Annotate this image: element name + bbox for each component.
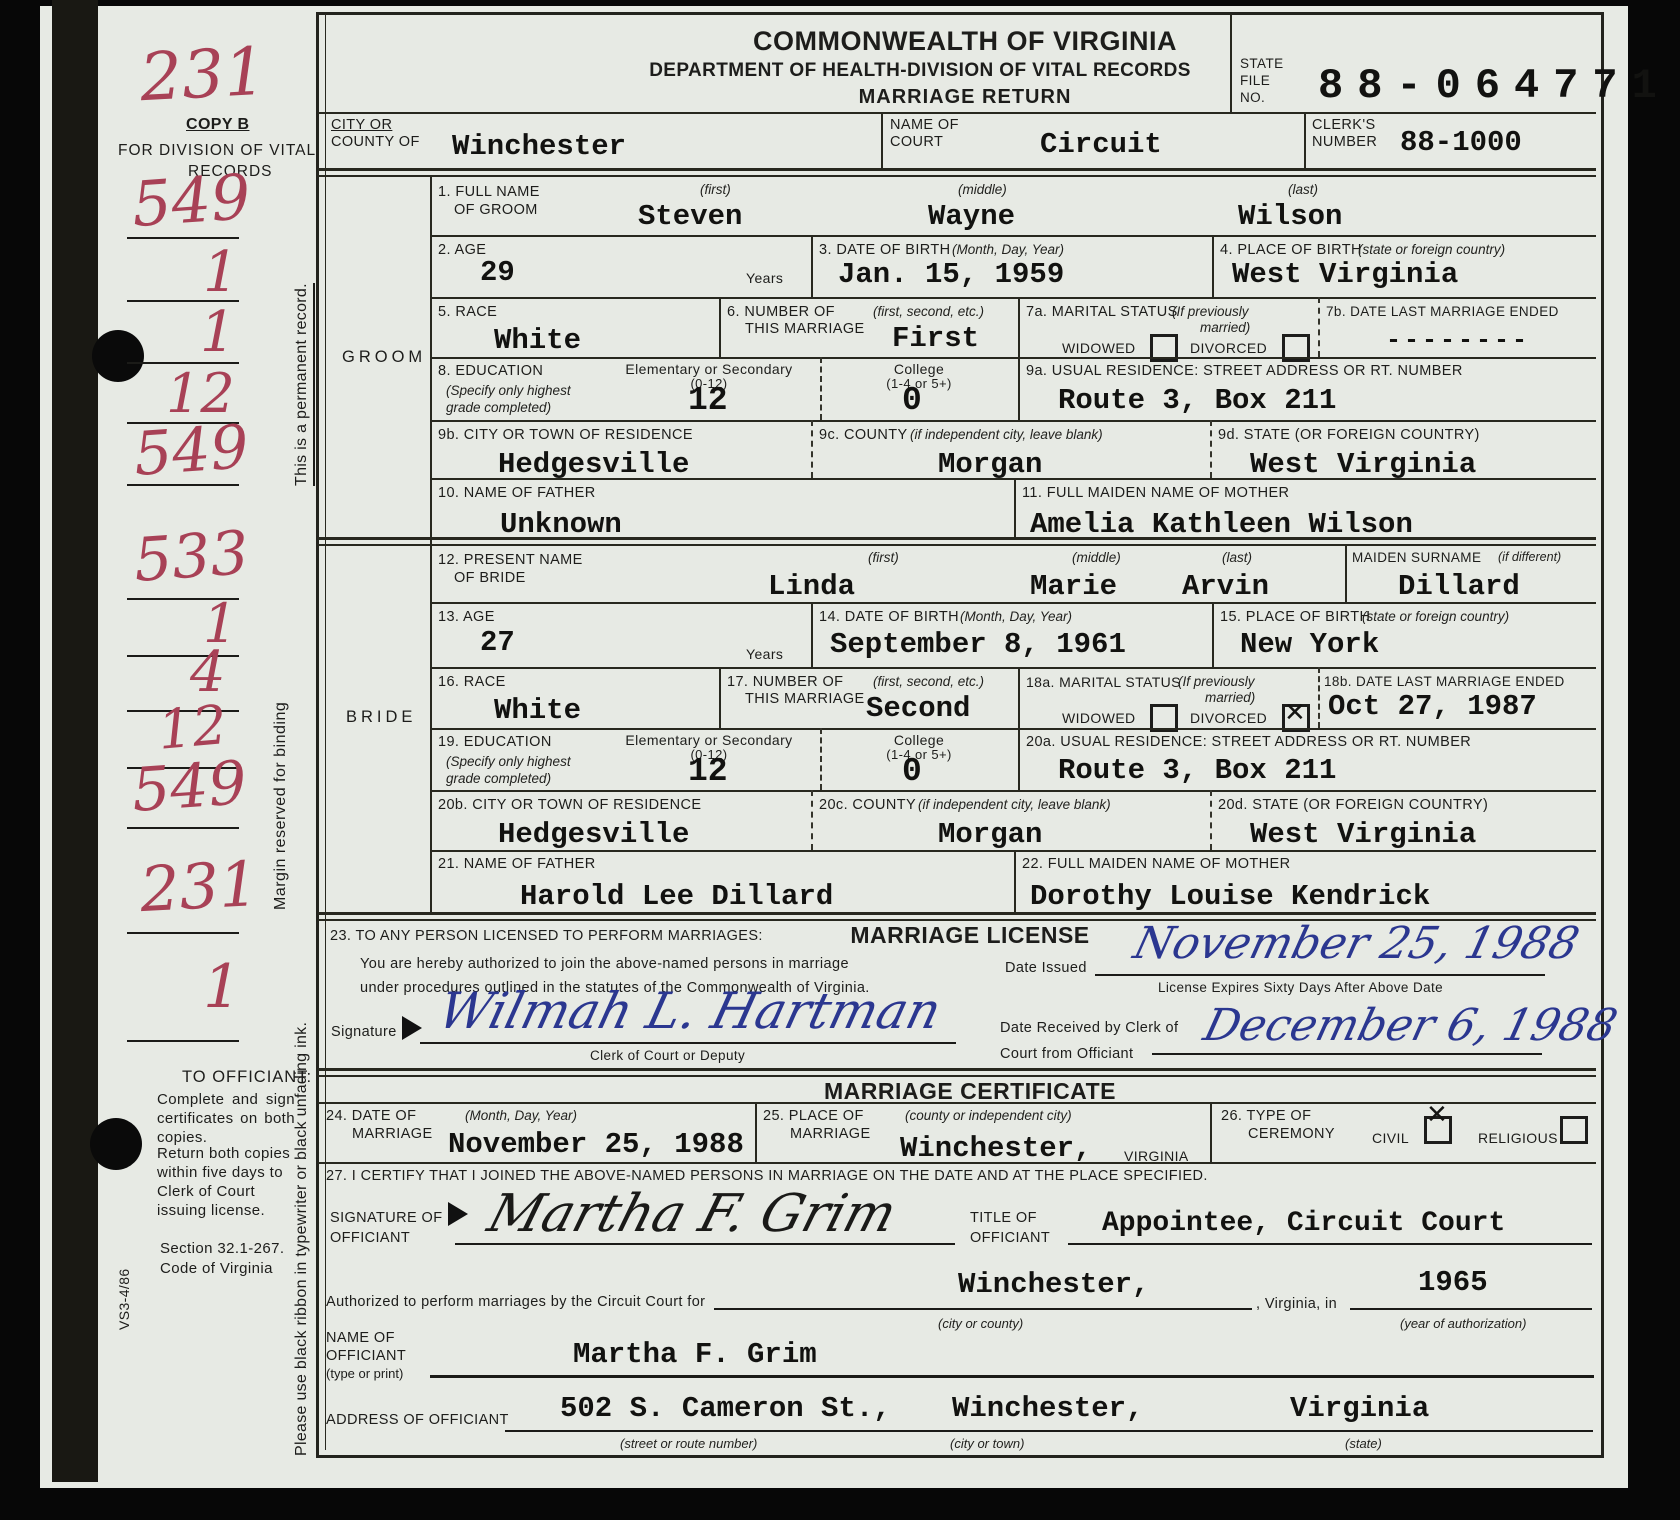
double-rule [318,912,1596,915]
court-label-1: NAME OF [890,117,959,133]
authorized-place-value: Winchester, [958,1268,1149,1301]
double-rule [318,1075,1596,1077]
bride-maiden-surname: Dillard [1398,570,1520,603]
divider [1014,850,1016,912]
groom-age: 29 [480,256,515,289]
divider [1212,602,1214,667]
groom-county: Morgan [938,448,1042,481]
field-label: 24. DATE OF [326,1108,416,1124]
line [318,1102,1596,1104]
field-hint: (Specify only highest [446,383,571,398]
certify-statement: 27. I CERTIFY THAT I JOINED THE ABOVE-NA… [326,1168,1208,1184]
date-received-label-1: Date Received by Clerk of [1000,1020,1178,1036]
bride-residence: Route 3, Box 211 [1058,754,1336,787]
line [430,667,1596,669]
religious-checkbox [1560,1116,1588,1144]
divider-dashed [811,790,813,850]
divider [1018,728,1020,790]
field-label: 9d. STATE (OR FOREIGN COUNTRY) [1218,427,1480,443]
state-sub: (state) [1345,1436,1382,1451]
divorced-check-mark: ✕ [1284,698,1306,728]
field-label: 6. NUMBER OF [727,304,835,320]
title-officiant-label-1: TITLE OF [970,1210,1037,1226]
field-label: 9a. USUAL RESIDENCE: STREET ADDRESS OR R… [1026,363,1463,379]
address-state-value: Virginia [1290,1392,1429,1425]
field-hint: grade completed) [446,771,551,786]
field-label: 21. NAME OF FATHER [438,856,596,872]
margin-red-number: 1 [200,300,236,365]
name-officiant-value: Martha F. Grim [573,1338,817,1371]
year-of-authorization-sub: (year of authorization) [1400,1316,1526,1331]
line [430,850,1596,852]
line [430,478,1596,480]
margin-red-number: 549 [132,412,251,490]
form-number: VS3-4/86 [116,1268,132,1330]
field-hint: (county or independent city) [905,1108,1072,1123]
margin-line [127,1040,239,1042]
margin-line [127,827,239,829]
field-label: 22. FULL MAIDEN NAME OF MOTHER [1022,856,1290,872]
field-label: 8. EDUCATION [438,363,543,379]
divider [811,235,813,297]
elem-label: Elementary or Secondary [600,361,818,377]
scanned-marriage-return: 231 COPY B FOR DIVISION OF VITAL RECORDS… [0,0,1680,1520]
signature-label: Signature [331,1024,397,1040]
groom-race: White [494,324,581,357]
divider [1304,112,1306,168]
civil-check-mark: ✕ [1426,1100,1448,1130]
margin-line [127,237,239,239]
address-street-value: 502 S. Cameron St., [560,1392,891,1425]
permanent-record-note: This is a permanent record. [293,283,315,486]
bride-first-name: Linda [768,570,855,603]
divider [1018,667,1020,728]
field-label: 9c. COUNTY [819,427,908,443]
written-line [1068,1243,1592,1245]
field-label: 18a. MARITAL STATUS [1026,674,1181,690]
double-rule [318,168,1596,171]
form-title: COMMONWEALTH OF VIRGINIA [730,26,1200,57]
written-line [420,1042,956,1044]
binding-margin-note: Margin reserved for binding [272,702,290,910]
date-issued-handwritten: November 25, 1988 [1129,918,1584,969]
address-city-value: Winchester, [952,1392,1143,1425]
field-label: 15. PLACE OF BIRTH [1220,609,1370,625]
groom-city: Hedgesville [498,448,689,481]
margin-red-number: 231 [138,33,268,116]
city-sub: (city or town) [950,1436,1024,1451]
name-officiant-label-3: (type or print) [326,1366,403,1381]
place-of-marriage: Winchester, [900,1132,1091,1165]
divider [1210,1102,1212,1162]
field-label: OF GROOM [454,202,538,218]
street-sub: (street or route number) [620,1436,757,1451]
first-hint: (first) [868,550,899,565]
written-line [455,1243,955,1245]
bride-last-marriage-ended: Oct 27, 1987 [1328,690,1537,723]
field-label: 25. PLACE OF [763,1108,864,1124]
field-label: MARRIAGE [790,1126,871,1142]
double-rule [318,544,1596,546]
date-issued-label: Date Issued [1005,960,1087,976]
divider-dashed [811,420,813,478]
bride-age: 27 [480,626,515,659]
groom-residence: Route 3, Box 211 [1058,384,1336,417]
double-rule [318,537,1596,540]
margin-red-number: 549 [130,160,253,241]
field-hint: (Specify only highest [446,754,571,769]
middle-hint: (middle) [1072,550,1121,565]
field-hint: (if independent city, leave blank) [910,427,1103,442]
college-label: College [822,732,1016,748]
license-body-1: You are hereby authorized to join the ab… [360,956,849,972]
field-label: 26. TYPE OF [1221,1108,1311,1124]
written-line [1152,1053,1542,1055]
license-heading: MARRIAGE LICENSE [770,922,1170,949]
margin-red-number: 1 [203,240,239,305]
court-label-2: COURT [890,134,943,150]
line [318,112,1596,114]
bride-middle-name: Marie [1030,570,1117,603]
field-label: 17. NUMBER OF [727,674,843,690]
form-dept: DEPARTMENT OF HEALTH-DIVISION OF VITAL R… [620,60,1220,82]
margin-line [127,484,239,486]
written-line [1095,974,1545,976]
field-hint: married) [1205,690,1255,705]
city-or-label: CITY OR [331,117,392,133]
date-of-marriage: November 25, 1988 [448,1128,744,1161]
field-hint: (first, second, etc.) [873,304,984,319]
maiden-surname-hint: (if different) [1498,550,1561,564]
divider [1230,14,1232,114]
field-hint: (state or foreign country) [1358,242,1505,257]
date-received-label-2: Court from Officiant [1000,1046,1133,1062]
religious-label: RELIGIOUS [1478,1130,1558,1146]
authorized-mid-label: , Virginia, in [1256,1296,1337,1312]
groom-dob: Jan. 15, 1959 [838,258,1064,291]
groom-college-value: 0 [902,382,922,419]
clerk-number-value: 88-1000 [1400,126,1522,159]
middle-hint: (middle) [958,182,1007,197]
civil-label: CIVIL [1372,1130,1409,1146]
state-file-label-2: FILE [1240,73,1270,88]
bride-county: Morgan [938,818,1042,851]
field-label: 16. RACE [438,674,506,690]
divider [719,297,721,357]
field-label: CEREMONY [1248,1126,1335,1142]
line [430,297,1596,299]
divider [881,112,883,168]
field-hint: (state or foreign country) [1362,609,1509,624]
bride-race: White [494,694,581,727]
title-officiant-value: Appointee, Circuit Court [1102,1208,1505,1239]
field-label: 7a. MARITAL STATUS [1026,304,1178,320]
field-hint: (Month, Day, Year) [952,242,1064,257]
license-authorization-label: 23. TO ANY PERSON LICENSED TO PERFORM MA… [330,928,763,944]
written-line [714,1308,1252,1310]
line [318,1162,1596,1164]
divider [811,602,813,667]
divorced-label: DIVORCED [1190,340,1267,356]
state-file-number: 88-064771 [1318,62,1671,110]
line [430,235,1596,237]
field-label: OF BRIDE [454,570,526,586]
groom-section-label: GROOM [342,348,426,367]
field-hint: married) [1200,320,1250,335]
authorized-year-value: 1965 [1418,1266,1488,1299]
groom-pob: West Virginia [1232,258,1458,291]
widowed-label: WIDOWED [1062,340,1136,356]
title-officiant-label-2: OFFICIANT [970,1230,1050,1246]
bride-mother: Dorothy Louise Kendrick [1030,880,1430,913]
bride-father: Harold Lee Dillard [520,880,833,913]
field-hint: (Month, Day, Year) [465,1108,577,1123]
heavy-line [430,1375,1594,1378]
code-ref: Code of Virginia [160,1260,273,1277]
date-received-handwritten: December 6, 1988 [1199,1000,1623,1051]
county-of-label: COUNTY OF [331,134,420,150]
field-label: 20a. USUAL RESIDENCE: STREET ADDRESS OR … [1026,734,1471,750]
state-file-label-3: NO. [1240,90,1265,105]
field-hint: (Month, Day, Year) [960,609,1072,624]
field-label: MARRIAGE [352,1126,433,1142]
last-hint: (last) [1222,550,1252,565]
field-label: 10. NAME OF FATHER [438,485,596,501]
form-border-inner [325,14,326,1450]
groom-marriage-number: First [892,322,979,355]
bride-dob: September 8, 1961 [830,628,1126,661]
field-hint: (if independent city, leave blank) [918,797,1111,812]
double-rule [318,1068,1596,1071]
line [430,728,1596,730]
field-label: 14. DATE OF BIRTH [819,609,959,625]
address-officiant-label: ADDRESS OF OFFICIANT [326,1412,509,1428]
hole-punch-top [92,330,144,382]
field-label: 1. FULL NAME [438,184,540,200]
double-rule [318,175,1596,177]
signature-arrow-icon [448,1202,468,1226]
clerk-label-2: NUMBER [1312,134,1377,150]
field-label: THIS MARRIAGE [745,321,865,337]
college-label: College [822,361,1016,377]
state-file-label-1: STATE [1240,56,1284,71]
written-line [505,1430,1593,1432]
field-label: 9b. CITY OR TOWN OF RESIDENCE [438,427,693,443]
field-hint: (If previously [1172,304,1249,319]
groom-first-name: Steven [638,200,742,233]
groom-state: West Virginia [1250,448,1476,481]
clerk-label-1: CLERK'S [1312,117,1376,133]
field-label: 18b. DATE LAST MARRIAGE ENDED [1324,674,1565,689]
years-label: Years [746,646,783,662]
field-label: 20b. CITY OR TOWN OF RESIDENCE [438,797,701,813]
field-hint: (first, second, etc.) [873,674,984,689]
field-label: 13. AGE [438,609,495,625]
bride-section-label: BRIDE [346,708,416,727]
groom-last-marriage-ended: -------- [1386,326,1530,355]
field-label: 19. EDUCATION [438,734,552,750]
authorized-label: Authorized to perform marriages by the C… [326,1294,705,1310]
bride-state: West Virginia [1250,818,1476,851]
bride-college-value: 0 [902,753,922,790]
divider-dashed [1210,790,1212,850]
divider [755,1102,757,1162]
signature-arrow-icon [402,1016,422,1040]
margin-red-number: 1 [203,952,241,1022]
margin-red-number: 549 [130,748,249,826]
divider [1212,235,1214,297]
bride-pob: New York [1240,628,1379,661]
clerk-signature-sub: Clerk of Court or Deputy [590,1048,745,1063]
clerk-signature-handwritten: Wilmah L. Hartman [433,982,947,1040]
name-officiant-label-2: OFFICIANT [326,1348,406,1364]
copy-for-line1: FOR DIVISION OF VITAL [118,142,316,160]
sig-officiant-label-1: SIGNATURE OF [330,1210,442,1226]
line [430,420,1596,422]
field-label: THIS MARRIAGE [745,691,865,707]
ribbon-note: Please use black ribbon in typewriter or… [293,1022,311,1456]
widowed-label: WIDOWED [1062,710,1136,726]
officiant-signature-handwritten: Martha F. Grim [481,1184,903,1244]
margin-red-number: 231 [138,847,260,926]
bride-city: Hedgesville [498,818,689,851]
sig-officiant-label-2: OFFICIANT [330,1230,410,1246]
margin-red-number: 533 [132,518,251,596]
line [430,357,1596,359]
divider [719,667,721,728]
field-hint: (If previously [1178,674,1255,689]
groom-last-name: Wilson [1238,200,1342,233]
hole-punch-bottom [90,1118,142,1170]
last-hint: (last) [1288,182,1318,197]
divider [1345,544,1347,602]
divorced-label: DIVORCED [1190,710,1267,726]
divider [1014,478,1016,537]
field-label: 20d. STATE (OR FOREIGN COUNTRY) [1218,797,1488,813]
divider-dashed [1210,420,1212,478]
field-hint: grade completed) [446,400,551,415]
field-label: 12. PRESENT NAME [438,552,583,568]
court-value: Circuit [1040,128,1162,161]
field-label: 3. DATE OF BIRTH [819,242,951,258]
line [430,602,1596,604]
field-label: 5. RACE [438,304,497,320]
code-section-ref: Section 32.1-267. [160,1240,284,1257]
divider [1018,297,1020,357]
certificate-heading: MARRIAGE CERTIFICATE [740,1078,1200,1105]
groom-middle-name: Wayne [928,200,1015,233]
divider-dashed [1318,297,1320,357]
groom-elem-value: 12 [688,382,728,419]
name-officiant-label-1: NAME OF [326,1330,395,1346]
form-name: MARRIAGE RETURN [760,86,1170,109]
bride-last-name: Arvin [1182,570,1269,603]
city-county-value: Winchester [452,130,626,163]
city-or-county-sub: (city or county) [938,1316,1023,1331]
bride-marriage-number: Second [866,692,970,725]
officiant-note-1: Complete and sign certificates on both c… [157,1090,295,1147]
copy-label: COPY B [186,116,249,134]
margin-line [127,932,239,934]
license-expires-note: License Expires Sixty Days After Above D… [1158,980,1443,995]
field-label: 7b. DATE LAST MARRIAGE ENDED [1326,304,1559,319]
written-line [1350,1308,1592,1310]
field-label: 11. FULL MAIDEN NAME OF MOTHER [1022,485,1289,501]
binding-shadow-strip [52,0,98,1482]
maiden-surname-label: MAIDEN SURNAME [1352,550,1481,565]
elem-label: Elementary or Secondary [600,732,818,748]
bride-elem-value: 12 [688,753,728,790]
divider [1018,357,1020,420]
first-hint: (first) [700,182,731,197]
divider-dashed [1318,667,1320,728]
line [430,790,1596,792]
field-label: 4. PLACE OF BIRTH [1220,242,1362,258]
officiant-note-2: Return both copies within five days to C… [157,1144,295,1220]
years-label: Years [746,270,783,286]
field-label: 20c. COUNTY [819,797,916,813]
